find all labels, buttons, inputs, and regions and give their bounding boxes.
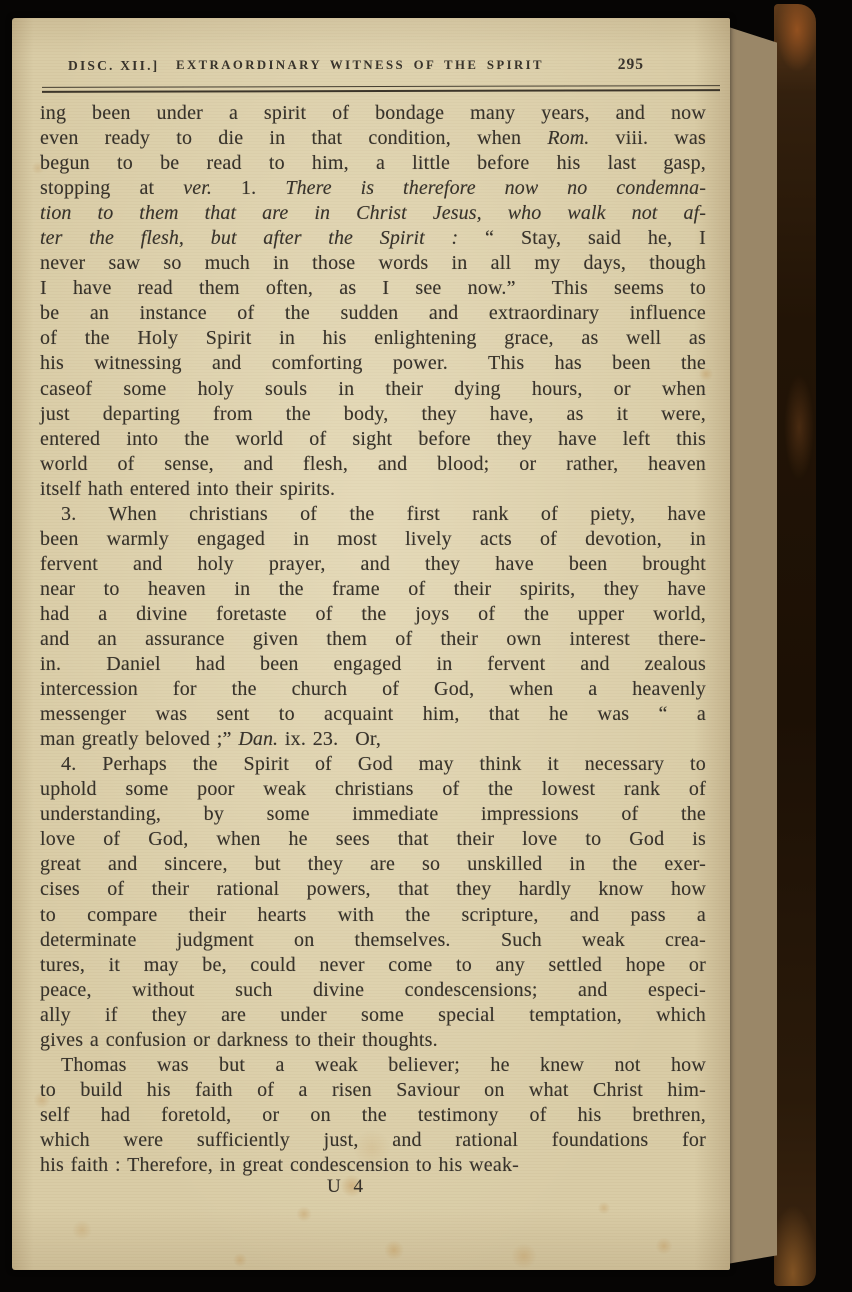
text-line: I have read them often, as I see now.” T… bbox=[40, 276, 706, 301]
text-run: world of sense, and flesh, and blood; or… bbox=[40, 453, 706, 475]
text-line: peace, without such divine condescension… bbox=[40, 978, 706, 1003]
text-run: ally if they are under some special temp… bbox=[40, 1004, 706, 1026]
text-line: determinate judgment on themselves. Such… bbox=[40, 928, 706, 953]
text-line: his faith : Therefore, in great condesce… bbox=[40, 1153, 706, 1178]
text-line: tures, it may be, could never come to an… bbox=[40, 953, 706, 978]
text-line: which were sufficiently just, and ration… bbox=[40, 1128, 706, 1153]
text-run: just departing from the body, they have,… bbox=[40, 403, 706, 425]
text-line: love of God, when he sees that their lov… bbox=[40, 827, 706, 852]
header-double-rule bbox=[42, 85, 720, 93]
text-run: peace, without such divine condescension… bbox=[40, 979, 706, 1001]
text-line: ally if they are under some special temp… bbox=[40, 1003, 706, 1028]
text-run: to compare their hearts with the scriptu… bbox=[40, 904, 706, 926]
text-line: begun to be read to him, a little before… bbox=[40, 151, 706, 176]
header-page-number: 295 bbox=[618, 56, 644, 74]
text-line: understanding, by some immediate impress… bbox=[40, 802, 706, 827]
text-run: near to heaven in the frame of their spi… bbox=[40, 578, 706, 600]
text-line: to compare their hearts with the scriptu… bbox=[40, 903, 706, 928]
italic-text-run: ver. bbox=[183, 177, 212, 199]
text-run: 3. When christians of the first rank of … bbox=[61, 503, 706, 525]
text-run: intercession for the church of God, when… bbox=[40, 678, 706, 700]
text-run: understanding, by some immediate impress… bbox=[40, 803, 706, 825]
text-run: which were sufficiently just, and ration… bbox=[40, 1129, 706, 1151]
text-line: fervent and holy prayer, and they have b… bbox=[40, 552, 706, 577]
text-line: gives a confusion or darkness to their t… bbox=[40, 1028, 706, 1053]
text-line: even ready to die in that condition, whe… bbox=[40, 126, 706, 151]
text-run: 1. bbox=[212, 177, 285, 199]
text-run: begun to be read to him, a little before… bbox=[40, 152, 706, 174]
text-run: tures, it may be, could never come to an… bbox=[40, 954, 706, 976]
header-running-title: EXTRAORDINARY WITNESS OF THE SPIRIT bbox=[40, 58, 680, 73]
italic-text-run: tion to them that are in Christ Jesus, w… bbox=[40, 202, 706, 224]
text-line: and an assurance given them of their own… bbox=[40, 627, 706, 652]
text-run: his witnessing and comforting power. Thi… bbox=[40, 352, 706, 374]
page-header: DISC. XII.] EXTRAORDINARY WITNESS OF THE… bbox=[12, 56, 730, 78]
book-page-edges bbox=[727, 24, 777, 1264]
body-text: ing been under a spirit of bondage many … bbox=[40, 101, 706, 1178]
text-line: messenger was sent to acquaint him, that… bbox=[40, 702, 706, 727]
text-run: I have read them often, as I see now.” T… bbox=[40, 277, 706, 299]
text-run: ing been under a spirit of bondage many … bbox=[40, 102, 706, 124]
text-run: had a divine foretaste of the joys of th… bbox=[40, 603, 706, 625]
text-run: fervent and holy prayer, and they have b… bbox=[40, 553, 706, 575]
text-line: intercession for the church of God, when… bbox=[40, 677, 706, 702]
text-line: 3. When christians of the first rank of … bbox=[40, 502, 706, 527]
text-line: world of sense, and flesh, and blood; or… bbox=[40, 452, 706, 477]
text-line: stopping at ver. 1. There is therefore n… bbox=[40, 176, 706, 201]
italic-text-run: There is therefore now no condemna- bbox=[285, 177, 706, 199]
text-line: self had foretold, or on the testimony o… bbox=[40, 1103, 706, 1128]
italic-text-run: ter the flesh, but after the Spirit : bbox=[40, 227, 458, 249]
text-line: uphold some poor weak christians of the … bbox=[40, 777, 706, 802]
text-line: cises of their rational powers, that the… bbox=[40, 877, 706, 902]
text-line: in. Daniel had been engaged in fervent a… bbox=[40, 652, 706, 677]
text-run: gives a confusion or darkness to their t… bbox=[40, 1029, 438, 1051]
text-line: been warmly engaged in most lively acts … bbox=[40, 527, 706, 552]
text-run: and an assurance given them of their own… bbox=[40, 628, 706, 650]
text-line: ter the flesh, but after the Spirit : “ … bbox=[40, 226, 706, 251]
text-line: ing been under a spirit of bondage many … bbox=[40, 101, 706, 126]
text-run: been warmly engaged in most lively acts … bbox=[40, 528, 706, 550]
text-line: his witnessing and comforting power. Thi… bbox=[40, 351, 706, 376]
text-line: 4. Perhaps the Spirit of God may think i… bbox=[40, 752, 706, 777]
text-run: itself hath entered into their spirits. bbox=[40, 478, 335, 500]
text-line: man greatly beloved ;” Dan. ix. 23. Or, bbox=[40, 727, 706, 752]
text-run: great and sincere, but they are so unski… bbox=[40, 853, 706, 875]
text-run: love of God, when he sees that their lov… bbox=[40, 828, 706, 850]
text-run: uphold some poor weak christians of the … bbox=[40, 778, 706, 800]
text-line: Thomas was but a weak believer; he knew … bbox=[40, 1053, 706, 1078]
text-run: never saw so much in those words in all … bbox=[40, 252, 706, 274]
text-run: entered into the world of sight before t… bbox=[40, 428, 706, 450]
photo-background: DISC. XII.] EXTRAORDINARY WITNESS OF THE… bbox=[0, 0, 852, 1292]
text-line: had a divine foretaste of the joys of th… bbox=[40, 602, 706, 627]
text-line: of the Holy Spirit in his enlightening g… bbox=[40, 326, 706, 351]
italic-text-run: Rom. bbox=[547, 127, 589, 149]
italic-text-run: Dan. bbox=[238, 728, 278, 750]
text-line: just departing from the body, they have,… bbox=[40, 402, 706, 427]
text-run: Thomas was but a weak believer; he knew … bbox=[61, 1054, 706, 1076]
text-run: cises of their rational powers, that the… bbox=[40, 878, 706, 900]
text-run: even ready to die in that condition, whe… bbox=[40, 127, 547, 149]
text-line: near to heaven in the frame of their spi… bbox=[40, 577, 706, 602]
text-line: be an instance of the sudden and extraor… bbox=[40, 301, 706, 326]
text-run: self had foretold, or on the testimony o… bbox=[40, 1104, 706, 1126]
text-run: 4. Perhaps the Spirit of God may think i… bbox=[61, 753, 706, 775]
text-line: great and sincere, but they are so unski… bbox=[40, 852, 706, 877]
text-line: to build his faith of a risen Saviour on… bbox=[40, 1078, 706, 1103]
book-cover-edge bbox=[774, 4, 816, 1286]
text-run: his faith : Therefore, in great condesce… bbox=[40, 1154, 519, 1176]
text-line: entered into the world of sight before t… bbox=[40, 427, 706, 452]
book-page: DISC. XII.] EXTRAORDINARY WITNESS OF THE… bbox=[12, 18, 730, 1270]
text-run: in. Daniel had been engaged in fervent a… bbox=[40, 653, 706, 675]
text-run: man greatly beloved ;” bbox=[40, 728, 238, 750]
text-run: caseof some holy souls in their dying ho… bbox=[40, 378, 706, 400]
text-run: be an instance of the sudden and extraor… bbox=[40, 302, 706, 324]
text-line: tion to them that are in Christ Jesus, w… bbox=[40, 201, 706, 226]
text-run: ix. 23. Or, bbox=[278, 728, 381, 750]
text-run: messenger was sent to acquaint him, that… bbox=[40, 703, 706, 725]
text-line: itself hath entered into their spirits. bbox=[40, 477, 706, 502]
text-run: viii. was bbox=[589, 127, 706, 149]
text-run: “ Stay, said he, I bbox=[458, 227, 706, 249]
text-run: of the Holy Spirit in his enlightening g… bbox=[40, 327, 706, 349]
signature-mark: U 4 bbox=[14, 1176, 680, 1198]
text-line: caseof some holy souls in their dying ho… bbox=[40, 377, 706, 402]
text-run: determinate judgment on themselves. Such… bbox=[40, 929, 706, 951]
text-run: stopping at bbox=[40, 177, 183, 199]
text-line: never saw so much in those words in all … bbox=[40, 251, 706, 276]
text-run: to build his faith of a risen Saviour on… bbox=[40, 1079, 706, 1101]
